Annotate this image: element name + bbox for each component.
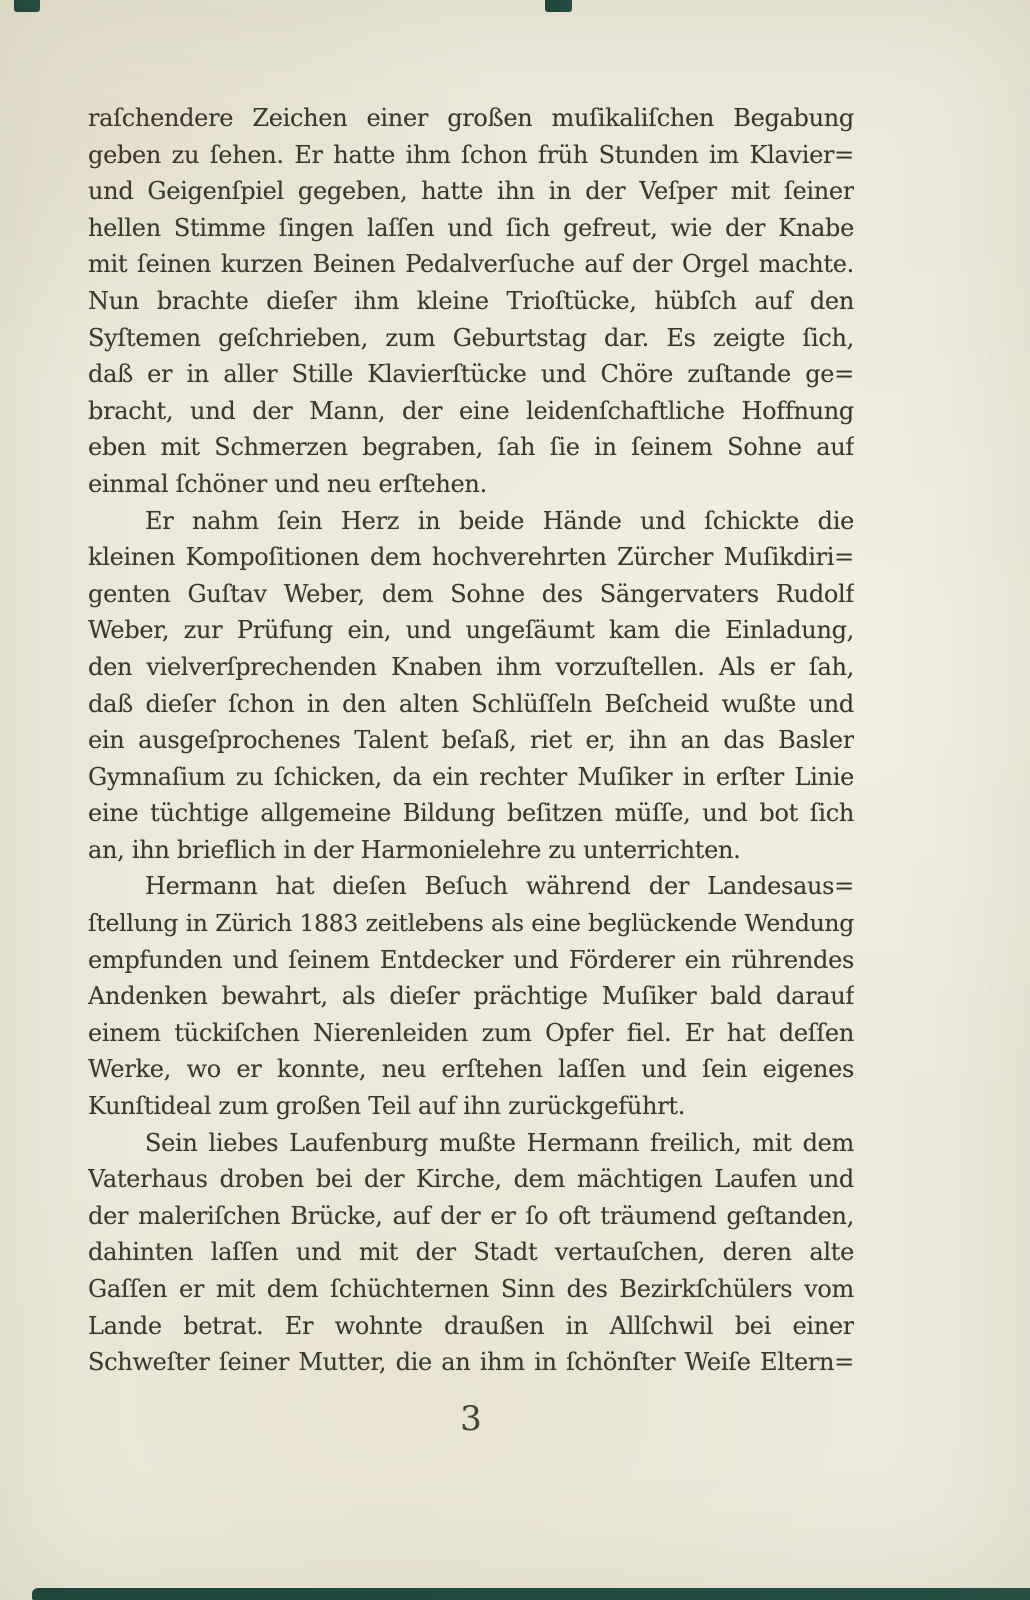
text-line: Lande betrat. Er wohnte draußen in Allſc… [88, 1308, 854, 1345]
text-line: Werke, wo er konnte, neu erſtehen laſſen… [88, 1051, 854, 1088]
text-line: empfunden und ſeinem Entdecker und Förde… [88, 942, 854, 979]
text-line: eben mit Schmerzen begraben, ſah ſie in … [88, 429, 854, 466]
text-line: raſchendere Zeichen einer großen muſikal… [88, 100, 854, 137]
text-line: Er nahm ſein Herz in beide Hände und ſch… [88, 503, 854, 540]
text-line: mit ſeinen kurzen Beinen Pedalverſuche a… [88, 246, 854, 283]
text-line: an, ihn brieflich in der Harmonielehre z… [88, 832, 854, 869]
text-line: Gymnaſium zu ſchicken, da ein rechter Mu… [88, 759, 854, 796]
text-line: der maleriſchen Brücke, auf der er ſo of… [88, 1198, 854, 1235]
text-line: Schweſter ſeiner Mutter, die an ihm in ſ… [88, 1344, 854, 1381]
text-line: den vielverſprechenden Knaben ihm vorzuſ… [88, 649, 854, 686]
body-text: raſchendere Zeichen einer großen muſikal… [88, 100, 854, 1381]
page-number: 3 [88, 1399, 854, 1439]
text-line: Hermann hat dieſen Beſuch während der La… [88, 868, 854, 905]
text-line: geben zu ſehen. Er hatte ihm ſchon früh … [88, 137, 854, 174]
text-line: Syſtemen geſchrieben, zum Geburtstag dar… [88, 320, 854, 357]
text-line: genten Guſtav Weber, dem Sohne des Sänge… [88, 576, 854, 613]
text-line: eine tüchtige allgemeine Bildung beſitze… [88, 795, 854, 832]
text-line: Andenken bewahrt, als dieſer prächtige M… [88, 978, 854, 1015]
text-line: hellen Stimme ſingen laſſen und ſich gef… [88, 210, 854, 247]
text-line: dahinten laſſen und mit der Stadt vertau… [88, 1234, 854, 1271]
text-line: ein ausgeſprochenes Talent beſaß, riet e… [88, 722, 854, 759]
text-line: Nun brachte dieſer ihm kleine Trioſtücke… [88, 283, 854, 320]
text-line: daß er in aller Stille Klavierſtücke und… [88, 356, 854, 393]
scan-artifact-bottom-bar [32, 1588, 1030, 1600]
text-line: einmal ſchöner und neu erſtehen. [88, 466, 854, 503]
text-line: einem tückiſchen Nierenleiden zum Opfer … [88, 1015, 854, 1052]
text-line: daß dieſer ſchon in den alten Schlüſſeln… [88, 686, 854, 723]
text-line: Weber, zur Prüfung ein, und ungeſäumt ka… [88, 612, 854, 649]
text-line: Gaſſen er mit dem ſchüchternen Sinn des … [88, 1271, 854, 1308]
scan-artifact-top-left [14, 0, 40, 12]
text-line: ſtellung in Zürich 1883 zeitlebens als e… [88, 905, 854, 942]
scan-artifact-top-middle [545, 0, 572, 12]
text-line: Vaterhaus droben bei der Kirche, dem mäc… [88, 1161, 854, 1198]
text-line: bracht, und der Mann, der eine leidenſch… [88, 393, 854, 430]
text-line: und Geigenſpiel gegeben, hatte ihn in de… [88, 173, 854, 210]
text-line: Kunſtideal zum großen Teil auf ihn zurüc… [88, 1088, 854, 1125]
text-line: Sein liebes Laufenburg mußte Hermann fre… [88, 1125, 854, 1162]
scanned-book-page: raſchendere Zeichen einer großen muſikal… [0, 0, 1030, 1600]
text-line: kleinen Kompoſitionen dem hochverehrten … [88, 539, 854, 576]
